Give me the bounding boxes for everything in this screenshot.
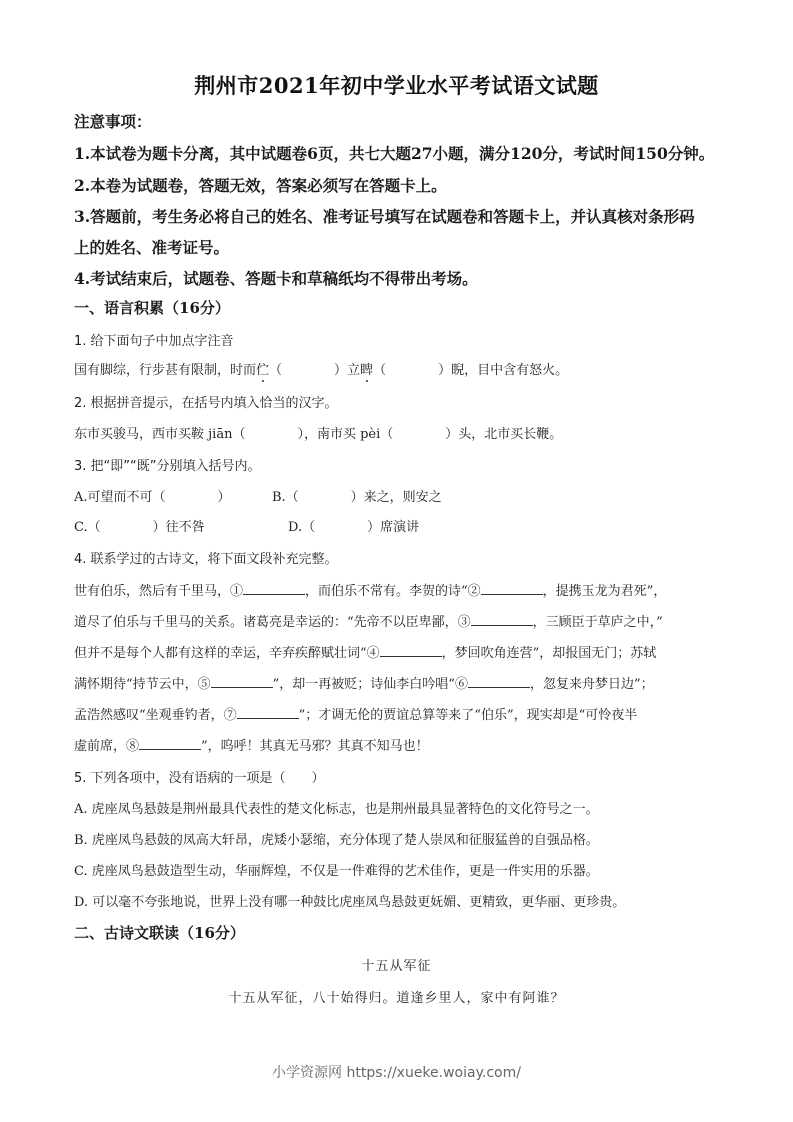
notice-item-3-cont: 上的姓名、准考证号。 [74,236,229,258]
section-2-heading: 二、古诗文联读（16分） [74,922,245,943]
q4-text: 但并不是每个人都有这样的幸运，辛弃疾醉赋壮词“④ [74,646,380,661]
section-1-heading: 一、语言积累（16分） [74,297,230,318]
q3-option-b: B.（ ）来之，则安之 [272,486,442,505]
q3-option-a: A.可望而不可（ ） [74,486,231,505]
q4-line-1: 世有伯乐，然后有千里马，①，而伯乐不常有。李贺的诗“②，提携玉龙为君死”， [74,580,666,599]
q4-text: ，梦回吹角连营”，却报国无门；苏轼 [442,646,657,661]
q1-part2: （ ）立 [269,363,360,378]
q1-part1: 国有脚综，行步甚有限制，时而 [74,363,256,378]
q4-text: 道尽了伯乐与千里马的关系。诸葛亮是幸运的：“先帝不以臣卑鄙，③ [74,615,471,630]
q5-option-b: B. 虎座凤鸟悬鼓的凤高大轩昂，虎矮小瑟缩，充分体现了楚人崇凤和征服猛兽的自强品… [74,829,599,848]
q4-line-5: 孟浩然感叹“坐观垂钓者，⑦”；才调无伦的贾谊总算等来了“伯乐”，现实却是“可怜夜… [74,704,637,723]
question-3-label: 3. 把“即”“既”分别填入括号内。 [74,455,260,474]
q4-line-4: 满怀期待“持节云中，⑤”，却一再被贬；诗仙李白吟唱“⑥，忽复来舟梦日边”； [74,673,654,692]
q3-option-d: D.（ ）席演讲 [288,516,419,535]
q4-line-2: 道尽了伯乐与千里马的关系。诸葛亮是幸运的：“先帝不以臣卑鄙，③，三顾臣于草庐之中… [74,611,663,630]
blank-8[interactable] [139,737,201,750]
blank-3[interactable] [471,613,533,626]
blank-4[interactable] [380,644,442,657]
blank-2[interactable] [481,582,543,595]
document-page: 荆州市2021年初中学业水平考试语文试题 注意事项： 1.本试卷为题卡分离，其中… [0,0,793,1122]
q4-text: 虚前席，⑧ [74,739,139,754]
q4-text: 孟浩然感叹“坐观垂钓者，⑦ [74,708,237,723]
question-4-label: 4. 联系学过的古诗文，将下面文段补充完整。 [74,548,338,567]
q1-part3: （ ）睨，目中含有怒火。 [373,363,568,378]
notice-item-3: 3.答题前，考生务必将自己的姓名、准考证号填写在试题卷和答题卡上，并认真核对条形… [74,205,695,227]
poem-title: 十五从军征 [0,955,793,974]
q4-text: ”；才调无伦的贾谊总算等来了“伯乐”，现实却是“可怜夜半 [299,708,638,723]
q4-text: 世有伯乐，然后有千里马，① [74,584,243,599]
footer-watermark: 小学资源网 https://xueke.woiay.com/ [0,1062,793,1082]
q4-text: ，三顾臣于草庐之中，” [533,615,663,630]
poem-line-1: 十五从军征，八十始得归。道逢乡里人，家中有阿谁？ [0,987,793,1006]
document-title: 荆州市2021年初中学业水平考试语文试题 [0,70,793,100]
q4-line-6: 虚前席，⑧”，呜呼！其真无马邪？其真不知马也！ [74,735,429,754]
q4-text: 满怀期待“持节云中，⑤ [74,677,211,692]
q1-dotted-char-2: 睥 [360,363,373,378]
q5-option-d: D. 可以毫不夸张地说，世界上没有哪一种鼓比虎座凤鸟悬鼓更妩媚、更精致，更华丽、… [74,891,625,910]
q5-option-a: A. 虎座凤鸟悬鼓是荆州最具代表性的楚文化标志，也是荆州最具显著特色的文化符号之… [74,798,599,817]
blank-1[interactable] [243,582,305,595]
notice-item-2: 2.本卷为试题卷，答题无效，答案必须写在答题卡上。 [74,174,447,196]
q4-text: ，而伯乐不常有。李贺的诗“② [305,584,481,599]
question-5-label: 5. 下列各项中，没有语病的一项是（ ） [74,767,325,786]
notice-item-1: 1.本试卷为题卡分离，其中试题卷6页，共七大题27小题，满分120分，考试时间1… [74,142,714,164]
blank-5[interactable] [211,675,273,688]
notice-heading: 注意事项： [74,110,152,132]
q4-text: ，提携玉龙为君死”， [543,584,667,599]
blank-7[interactable] [237,706,299,719]
question-1-label: 1. 给下面句子中加点字注音 [74,330,234,349]
q4-line-3: 但并不是每个人都有这样的幸运，辛弃疾醉赋壮词“④，梦回吹角连营”，却报国无门；苏… [74,642,656,661]
notice-item-4: 4.考试结束后，试题卷、答题卡和草稿纸均不得带出考场。 [74,267,478,289]
question-2-label: 2. 根据拼音提示，在括号内填入恰当的汉字。 [74,392,338,411]
q5-option-c: C. 虎座凤鸟悬鼓造型生动，华丽辉煌，不仅是一件难得的艺术佳作，更是一件实用的乐… [74,860,599,879]
q3-option-c: C.（ ）往不咎 [74,516,205,535]
q4-text: ，忽复来舟梦日边”； [530,677,654,692]
q4-text: ”，却一再被贬；诗仙李白吟唱“⑥ [273,677,468,692]
q4-text: ”，呜呼！其真无马邪？其真不知马也！ [201,739,429,754]
question-2-text: 东市买骏马，西市买鞍 jiān（ ），南市买 pèi（ ）头，北市买长鞭。 [74,423,562,442]
q1-dotted-char-1: 伫 [256,363,269,378]
question-1-text: 国有脚综，行步甚有限制，时而伫（ ）立睥（ ）睨，目中含有怒火。 [74,359,568,378]
blank-6[interactable] [468,675,530,688]
